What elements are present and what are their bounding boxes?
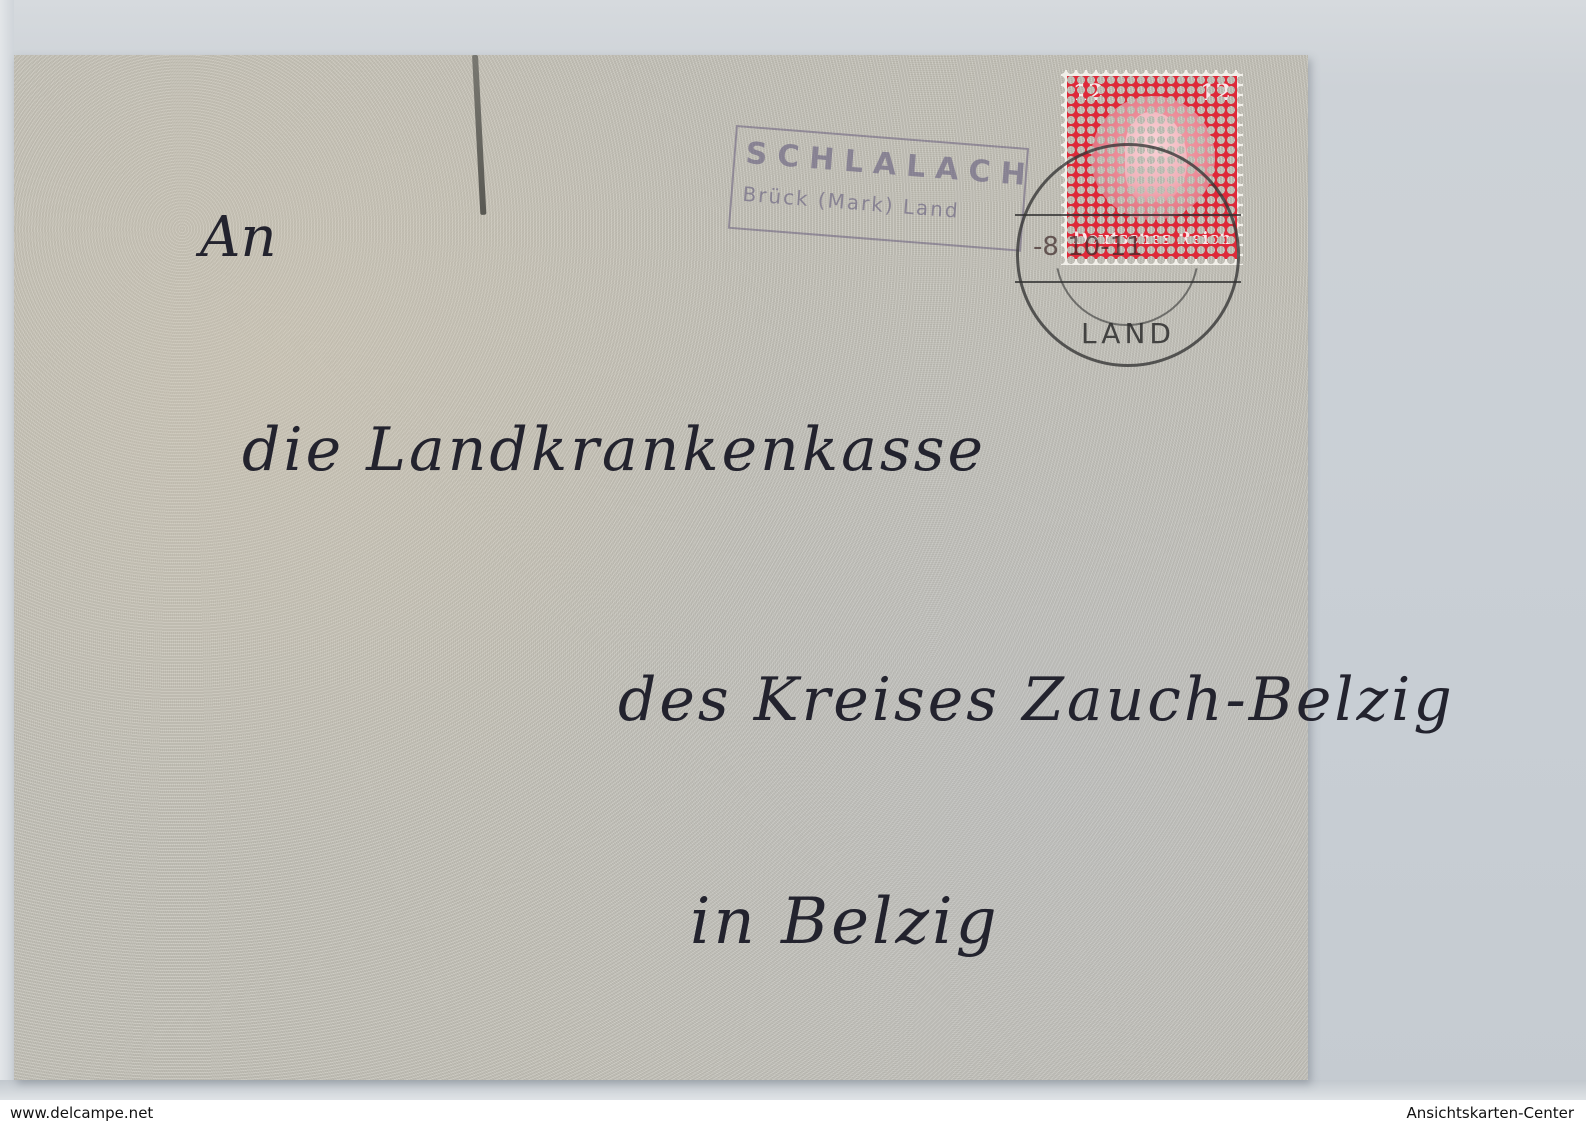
stamp-value-right: 12 (1200, 80, 1231, 106)
box-cancel-office: Brück (Mark) Land (742, 182, 961, 223)
postmark-date: -8 10-11 (1033, 232, 1143, 262)
pencil-mark (472, 55, 486, 215)
watermark-right: Ansichtskarten-Center (1407, 1104, 1575, 1122)
address-salutation: An (200, 205, 277, 270)
footer-bar: www.delcampe.net Ansichtskarten-Center (0, 1100, 1586, 1131)
round-postmark: -8 10-11 LAND (1016, 143, 1240, 367)
stamp-value-left: 12 (1073, 80, 1104, 106)
envelope: SCHLALACH Brück (Mark) Land 12 12 Deutsc… (14, 55, 1308, 1080)
address-district: des Kreises Zauch-Belzig (618, 665, 1455, 735)
box-cancellation-stamp: SCHLALACH Brück (Mark) Land (728, 125, 1029, 252)
watermark-left: www.delcampe.net (10, 1104, 153, 1122)
postmark-bottom-text: LAND (1019, 317, 1237, 350)
address-city: in Belzig (690, 885, 1000, 959)
postmark-bar-bottom (1015, 281, 1241, 283)
address-recipient: die Landkrankenkasse (242, 415, 986, 485)
postmark-bar-top (1015, 214, 1241, 216)
